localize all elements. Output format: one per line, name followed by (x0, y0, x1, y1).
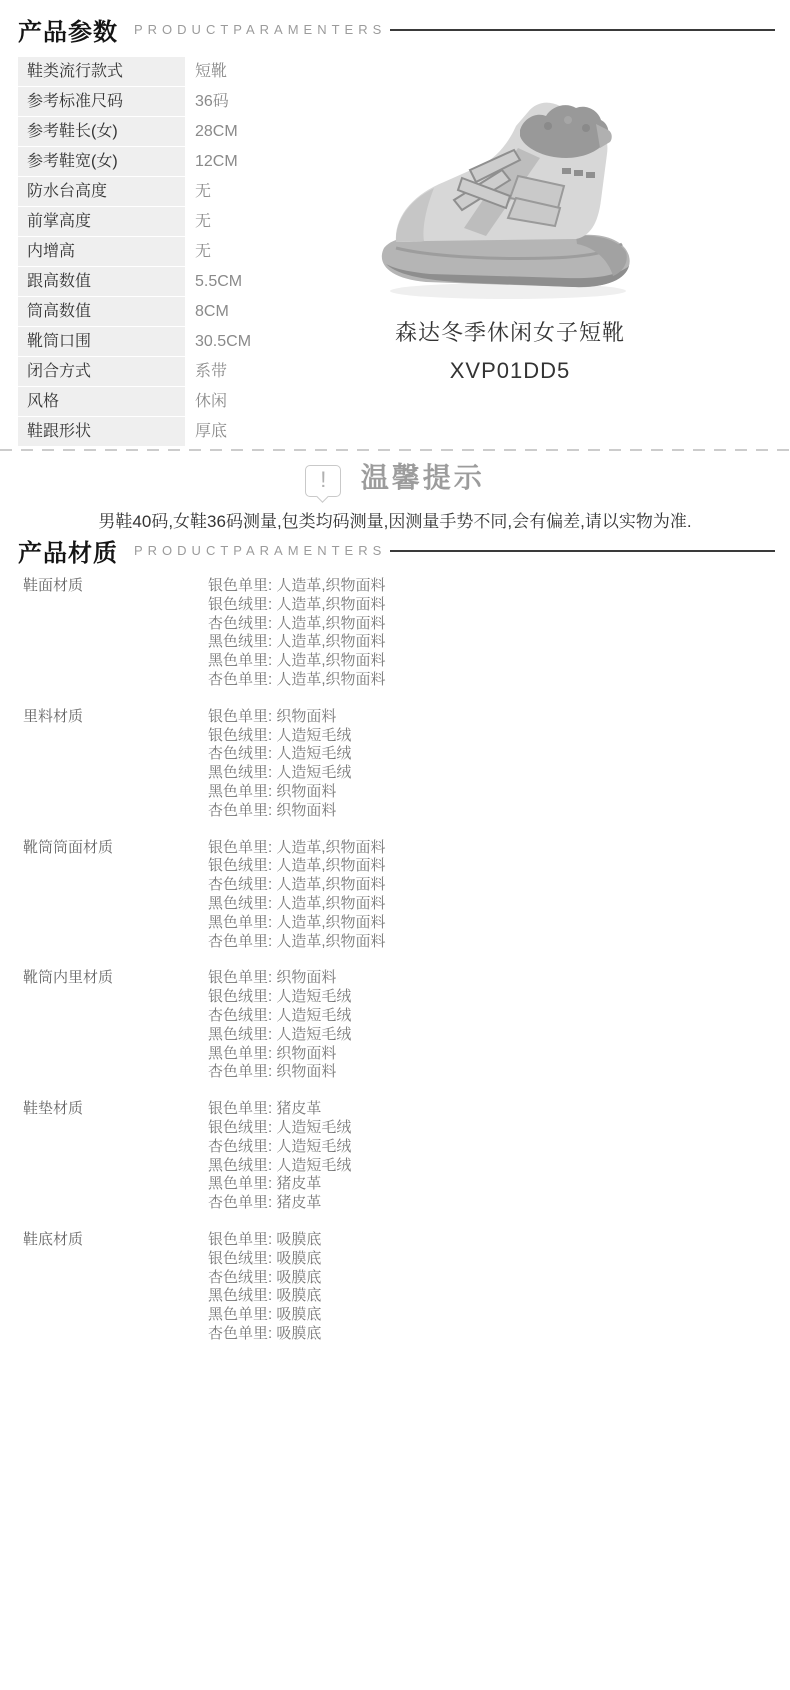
material-line: 杏色单里: 织物面料 (208, 1063, 351, 1082)
param-label: 参考标准尺码 (18, 87, 185, 116)
material-line: 杏色绒里: 人造短毛绒 (208, 1138, 351, 1157)
param-label: 前掌高度 (18, 207, 185, 236)
material-line: 杏色绒里: 人造革,织物面料 (208, 615, 386, 634)
material-line: 杏色单里: 吸膜底 (208, 1325, 321, 1344)
product-name: 森达冬季休闲女子短靴 (358, 316, 662, 347)
material-line: 黑色单里: 人造革,织物面料 (208, 914, 386, 933)
material-line: 银色单里: 猪皮革 (208, 1100, 351, 1119)
material-values: 银色单里: 猪皮革银色绒里: 人造短毛绒杏色绒里: 人造短毛绒黑色绒里: 人造短… (208, 1100, 351, 1213)
material-line: 银色单里: 织物面料 (208, 969, 351, 988)
material-line: 杏色绒里: 吸膜底 (208, 1269, 321, 1288)
param-label: 风格 (18, 387, 185, 416)
param-value: 无 (195, 177, 211, 206)
param-value: 28CM (195, 117, 238, 146)
material-values: 银色单里: 织物面料银色绒里: 人造短毛绒杏色绒里: 人造短毛绒黑色绒里: 人造… (208, 969, 351, 1082)
material-label: 鞋面材质 (23, 577, 208, 690)
notice-title: 温馨提示 (361, 456, 485, 496)
param-value: 厚底 (195, 417, 227, 446)
params-section-header: 产品参数 PRODUCTPARAMENTERS (18, 12, 775, 47)
exclamation-bubble-icon: ! (305, 465, 341, 497)
param-value: 5.5CM (195, 267, 242, 296)
material-line: 黑色绒里: 吸膜底 (208, 1287, 321, 1306)
table-row: 风格休闲 (18, 387, 618, 416)
material-line: 银色单里: 吸膜底 (208, 1231, 321, 1250)
param-value: 12CM (195, 147, 238, 176)
material-line: 黑色绒里: 人造短毛绒 (208, 764, 351, 783)
material-line: 杏色单里: 织物面料 (208, 802, 351, 821)
params-section-title: 产品参数 (18, 12, 118, 47)
dashed-divider (0, 449, 790, 451)
materials-section-subtitle: PRODUCTPARAMENTERS (134, 543, 386, 558)
param-label: 筒高数值 (18, 297, 185, 326)
materials-list: 鞋面材质银色单里: 人造革,织物面料银色绒里: 人造革,织物面料杏色绒里: 人造… (23, 577, 775, 1362)
header-rule (390, 29, 775, 31)
material-line: 银色绒里: 人造短毛绒 (208, 727, 351, 746)
material-line: 杏色绒里: 人造短毛绒 (208, 1007, 351, 1026)
product-column: 森达冬季休闲女子短靴 XVP01DD5 (358, 76, 662, 384)
notice-text: 男鞋40码,女鞋36码测量,包类均码测量,因测量手势不同,会有偏差,请以实物为准… (0, 507, 790, 532)
material-line: 黑色绒里: 人造革,织物面料 (208, 895, 386, 914)
notice-header: ! 温馨提示 (0, 456, 790, 496)
product-detail-page: 产品参数 PRODUCTPARAMENTERS 鞋类流行款式短靴参考标准尺码36… (0, 0, 790, 1690)
material-values: 银色单里: 人造革,织物面料银色绒里: 人造革,织物面料杏色绒里: 人造革,织物… (208, 577, 386, 690)
param-label: 鞋类流行款式 (18, 57, 185, 86)
material-group: 鞋垫材质银色单里: 猪皮革银色绒里: 人造短毛绒杏色绒里: 人造短毛绒黑色绒里:… (23, 1100, 775, 1213)
material-line: 杏色单里: 人造革,织物面料 (208, 671, 386, 690)
param-label: 参考鞋宽(女) (18, 147, 185, 176)
material-line: 黑色单里: 吸膜底 (208, 1306, 321, 1325)
materials-section-header: 产品材质 PRODUCTPARAMENTERS (18, 533, 775, 568)
param-value: 系带 (195, 357, 227, 386)
material-line: 黑色绒里: 人造短毛绒 (208, 1026, 351, 1045)
material-line: 黑色单里: 人造革,织物面料 (208, 652, 386, 671)
material-line: 银色绒里: 吸膜底 (208, 1250, 321, 1269)
param-value: 无 (195, 207, 211, 236)
material-label: 靴筒筒面材质 (23, 839, 208, 952)
material-line: 黑色单里: 织物面料 (208, 783, 351, 802)
material-line: 黑色单里: 织物面料 (208, 1045, 351, 1064)
material-label: 靴筒内里材质 (23, 969, 208, 1082)
param-value: 短靴 (195, 57, 227, 86)
material-values: 银色单里: 吸膜底银色绒里: 吸膜底杏色绒里: 吸膜底黑色绒里: 吸膜底黑色单里… (208, 1231, 321, 1344)
table-row: 鞋跟形状厚底 (18, 417, 618, 446)
material-values: 银色单里: 织物面料银色绒里: 人造短毛绒杏色绒里: 人造短毛绒黑色绒里: 人造… (208, 708, 351, 821)
material-line: 杏色单里: 猪皮革 (208, 1194, 351, 1213)
param-value: 36码 (195, 87, 229, 116)
material-label: 鞋底材质 (23, 1231, 208, 1344)
param-value: 30.5CM (195, 327, 251, 356)
param-label: 防水台高度 (18, 177, 185, 206)
material-line: 黑色单里: 猪皮革 (208, 1175, 351, 1194)
param-label: 靴筒口围 (18, 327, 185, 356)
material-line: 黑色绒里: 人造短毛绒 (208, 1157, 351, 1176)
material-label: 鞋垫材质 (23, 1100, 208, 1213)
material-line: 银色单里: 织物面料 (208, 708, 351, 727)
material-line: 杏色单里: 人造革,织物面料 (208, 933, 386, 952)
exclamation-glyph: ! (306, 466, 340, 494)
material-line: 银色单里: 人造革,织物面料 (208, 577, 386, 596)
material-line: 杏色绒里: 人造短毛绒 (208, 745, 351, 764)
material-group: 靴筒内里材质银色单里: 织物面料银色绒里: 人造短毛绒杏色绒里: 人造短毛绒黑色… (23, 969, 775, 1082)
param-label: 跟高数值 (18, 267, 185, 296)
param-value: 无 (195, 237, 211, 266)
param-value: 8CM (195, 297, 229, 326)
material-line: 银色绒里: 人造短毛绒 (208, 988, 351, 1007)
header-rule (390, 550, 775, 552)
material-line: 银色绒里: 人造短毛绒 (208, 1119, 351, 1138)
param-label: 参考鞋长(女) (18, 117, 185, 146)
material-group: 鞋面材质银色单里: 人造革,织物面料银色绒里: 人造革,织物面料杏色绒里: 人造… (23, 577, 775, 690)
material-group: 里料材质银色单里: 织物面料银色绒里: 人造短毛绒杏色绒里: 人造短毛绒黑色绒里… (23, 708, 775, 821)
param-value: 休闲 (195, 387, 227, 416)
param-label: 闭合方式 (18, 357, 185, 386)
param-label: 鞋跟形状 (18, 417, 185, 446)
material-label: 里料材质 (23, 708, 208, 821)
product-model: XVP01DD5 (358, 358, 662, 384)
product-photo (368, 76, 652, 308)
param-label: 内增高 (18, 237, 185, 266)
material-group: 鞋底材质银色单里: 吸膜底银色绒里: 吸膜底杏色绒里: 吸膜底黑色绒里: 吸膜底… (23, 1231, 775, 1344)
material-line: 黑色绒里: 人造革,织物面料 (208, 633, 386, 652)
material-line: 杏色绒里: 人造革,织物面料 (208, 876, 386, 895)
material-line: 银色绒里: 人造革,织物面料 (208, 857, 386, 876)
material-values: 银色单里: 人造革,织物面料银色绒里: 人造革,织物面料杏色绒里: 人造革,织物… (208, 839, 386, 952)
material-group: 靴筒筒面材质银色单里: 人造革,织物面料银色绒里: 人造革,织物面料杏色绒里: … (23, 839, 775, 952)
material-line: 银色单里: 人造革,织物面料 (208, 839, 386, 858)
material-line: 银色绒里: 人造革,织物面料 (208, 596, 386, 615)
params-section-subtitle: PRODUCTPARAMENTERS (134, 22, 386, 37)
materials-section-title: 产品材质 (18, 533, 118, 568)
